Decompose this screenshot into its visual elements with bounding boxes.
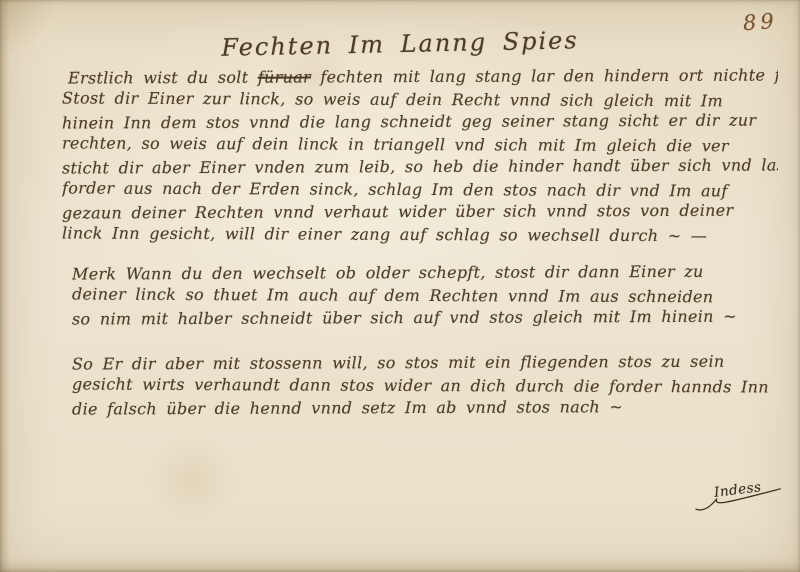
line-text: Erstlich wist du solt [68, 68, 258, 88]
catchword-flourish-stroke [693, 483, 785, 512]
manuscript-line: Merk Wann du den wechselt ob older schep… [72, 260, 778, 286]
paragraph-2: Merk Wann du den wechselt ob older schep… [72, 262, 778, 330]
paragraph-1: Erstlich wist du solt füruar fechten mit… [62, 66, 778, 246]
manuscript-line: So Er dir aber mit stossenn will, so sto… [72, 350, 778, 376]
manuscript-page: 89 Fechten Im Lanng Spies Erstlich wist … [0, 0, 800, 572]
struck-word: füruar [258, 67, 311, 86]
manuscript-line: linck Inn gesicht, will dir einer zang a… [62, 222, 778, 248]
manuscript-line: forder aus nach der Erden sinck, schlag … [62, 177, 778, 203]
manuscript-line: gesicht wirts verhaundt dann stos wider … [72, 373, 778, 399]
manuscript-line: rechten, so weis auf dein linck in trian… [62, 132, 778, 158]
catchword: Indess [714, 479, 763, 501]
manuscript-line: die falsch über die hennd vnnd setz Im a… [72, 395, 778, 421]
manuscript-line: Stost dir Einer zur linck, so weis auf d… [62, 87, 778, 113]
paragraph-3: So Er dir aber mit stossenn will, so sto… [72, 352, 778, 420]
line-text: fechten mit lang stang lar den hindern o… [311, 65, 778, 86]
manuscript-line: hinein Inn dem stos vnnd die lang schnei… [62, 109, 778, 135]
manuscript-line: gezaun deiner Rechten vnnd verhaut wider… [62, 199, 778, 225]
manuscript-line: sticht dir aber Einer vnden zum leib, so… [62, 154, 778, 180]
manuscript-line: Erstlich wist du solt füruar fechten mit… [62, 64, 778, 90]
manuscript-line: deiner linck so thuet Im auch auf dem Re… [72, 283, 778, 309]
manuscript-line: so nim mit halber schneidt über sich auf… [72, 305, 778, 331]
chapter-heading: Fechten Im Lanng Spies [0, 22, 800, 67]
